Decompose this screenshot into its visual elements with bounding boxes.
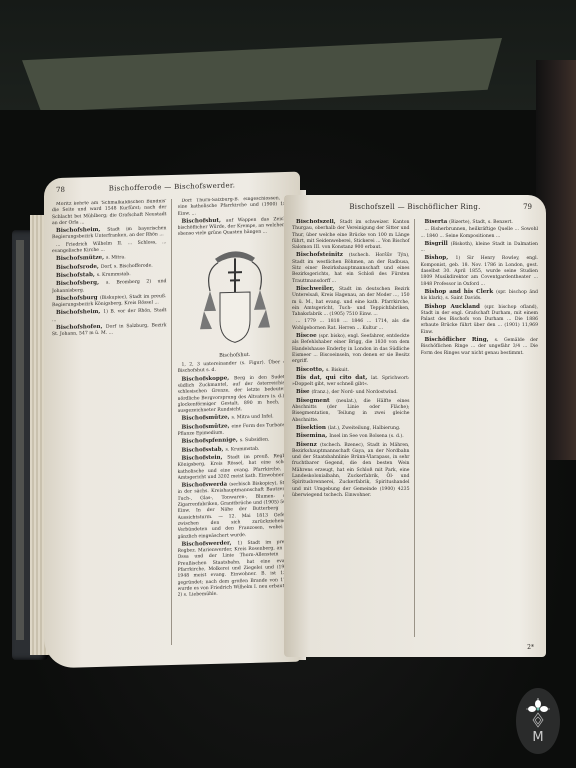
encyclopedia-entry: Bisgrill (Biskoth), kleine Stadt in Dalm… bbox=[421, 241, 539, 255]
entry-headword: Bischofstein, bbox=[182, 454, 228, 461]
encyclopedia-entry: Bisegment (neulat.), die Hälfte eines Ab… bbox=[292, 398, 410, 424]
entry-headword: Bischofsmütze, bbox=[56, 255, 106, 262]
encyclopedia-entry: Bischweiler, Stadt im deutschen Bezirk U… bbox=[292, 286, 410, 318]
encyclopedia-entry: Bischofswerder, 1) Stadt im preuß. Regbe… bbox=[178, 539, 293, 600]
entry-headword: Biscoe bbox=[296, 333, 319, 339]
encyclopedia-entry: Bishop, 1) Sir Henry Rowley, engl. Kompo… bbox=[421, 255, 539, 287]
encyclopedia-entry: Bischöflicher Ring, s. Gemälde der Bisch… bbox=[421, 337, 539, 357]
entry-headword: Bishop, bbox=[425, 255, 456, 261]
encyclopedia-entry: Bisemina, Insel im See von Bolsena (s. d… bbox=[292, 433, 410, 440]
entry-headword: Bischofsstab, bbox=[182, 446, 226, 453]
entry-headword: Bis dat, qui cito dat, bbox=[296, 375, 371, 381]
left-column-1: Moritz kehrte am 'Schmalkaldischen Bündn… bbox=[52, 199, 172, 648]
entry-headword: Bischofsteinitz bbox=[296, 252, 349, 258]
entry-headword: Bischofswerda bbox=[182, 482, 230, 489]
encyclopedia-entry: Bisenz (tschech. Bzenec), Stadt in Mähre… bbox=[292, 442, 410, 500]
entry-headword: Bischofsberg, bbox=[56, 280, 106, 287]
encyclopedia-entry: ... 1779 ... 1818 ... 1846 ... 1714, als… bbox=[292, 319, 410, 332]
column-text: Dorf Thurn-Salzburg-B. eingeschlossen, h… bbox=[178, 196, 293, 218]
entry-headword: Bischofspfennige, bbox=[182, 438, 240, 446]
entry-headword: Bischofshofen, bbox=[56, 324, 106, 331]
bishop-hat-crest-illustration bbox=[190, 239, 280, 351]
left-columns: Moritz kehrte am 'Schmalkaldischen Bündn… bbox=[52, 196, 292, 648]
right-running-head: Bischofszell — Bischöflicher Ring. bbox=[284, 203, 546, 211]
entry-headword: Bischofszell, bbox=[296, 219, 340, 225]
encyclopedia-entry: Bise (franz.), der Nord- und Nordostwind… bbox=[292, 389, 410, 396]
right-page-number: 79 bbox=[523, 203, 532, 211]
entry-headword: Bischofsburg bbox=[56, 295, 100, 302]
entry-headword: Bischofsmütze, bbox=[182, 415, 232, 422]
encyclopedia-entry: Bisektion (lat.), Zweiteilung, Halbierun… bbox=[292, 425, 410, 432]
entry-headword: Bischofsmütze, bbox=[182, 423, 232, 430]
encyclopedia-entry: ... Bisherbrunnen, heilkräftige Quelle .… bbox=[421, 227, 539, 240]
floral-diamond-monogram-icon: M bbox=[523, 695, 553, 747]
entry-headword: Bischweiler, bbox=[296, 286, 339, 292]
right-columns: Bischofszell, Stadt im schweizer. Kanton… bbox=[292, 219, 538, 637]
encyclopedia-entry: Bishop and his Clerk (spr. bischop änd h… bbox=[421, 289, 539, 303]
encyclopedia-entry: Bischofshofen, Dorf in Salzburg, Bezirk … bbox=[52, 322, 167, 339]
encyclopedia-entry: Bischofshut, auf Wappen das Zeichen bisc… bbox=[178, 216, 293, 239]
encyclopedia-entry: Moritz kehrte am 'Schmalkaldischen Bündn… bbox=[52, 199, 167, 227]
entry-headword: Bischofswerder, bbox=[182, 540, 238, 547]
entry-headword: Bisektion bbox=[296, 425, 328, 431]
entry-headword: Bisenz bbox=[296, 442, 320, 448]
left-page: 78 Bischofferode — Bischofswerder. Morit… bbox=[44, 172, 300, 669]
left-column-2: Dorf Thurn-Salzburg-B. eingeschlossen, h… bbox=[178, 196, 293, 645]
entry-headword: Biscotto, bbox=[296, 367, 326, 373]
entry-headword: Bischofstab, bbox=[56, 272, 97, 279]
encyclopedia-entry: Bischofstein, Stadt im preuß. Regbez. Kö… bbox=[178, 453, 293, 482]
entry-headword: Bisemina, bbox=[296, 433, 329, 439]
left-page-number: 78 bbox=[56, 186, 65, 194]
entry-headword: Biserta bbox=[425, 219, 450, 225]
illustration-caption: Bischofshut. bbox=[178, 351, 293, 360]
entry-headword: Bischofskoppe, bbox=[182, 375, 235, 382]
encyclopedia-entry: Biserta (Bizerte), Stadt, s. Benzert. bbox=[421, 219, 539, 226]
encyclopedia-entry: Biscotto, s. Biskuit. bbox=[292, 367, 410, 374]
encyclopedia-entry: Bishop Auckland (spr. bischop ofland), S… bbox=[421, 304, 539, 336]
entry-headword: Bisgrill bbox=[425, 241, 451, 247]
left-running-head: Bischofferode — Bischofswerder. bbox=[44, 180, 300, 195]
encyclopedia-entry: Bischofsteinitz (tschech. Horšův Týn), S… bbox=[292, 252, 410, 284]
signature-mark: 2* bbox=[527, 644, 534, 651]
entry-headword: Bischofshut, bbox=[182, 217, 226, 224]
entry-headword: Bise bbox=[296, 389, 312, 395]
encyclopedia-entry: Bischofskoppe, Berg in den Sudeten, südl… bbox=[178, 374, 293, 416]
encyclopedia-entry: Bis dat, qui cito dat, lat. Sprichwort: … bbox=[292, 375, 410, 389]
entry-headword: Bischofsheim, bbox=[56, 227, 107, 234]
encyclopedia-entry: Bischofswerda (serbisch Biskopicy), Stad… bbox=[178, 480, 293, 541]
watermark-badge: M bbox=[516, 688, 560, 754]
entry-headword: Bischofsrode, bbox=[56, 264, 101, 271]
entry-headword: Bisegment bbox=[296, 398, 336, 404]
right-column-2: Biserta (Bizerte), Stadt, s. Benzert....… bbox=[421, 219, 539, 637]
svg-text:M: M bbox=[532, 730, 543, 745]
right-column-1: Bischofszell, Stadt im schweizer. Kanton… bbox=[292, 219, 415, 637]
right-page: 79 Bischofszell — Bischöflicher Ring. Bi… bbox=[284, 195, 546, 657]
entry-headword: Bischofsheim, bbox=[56, 309, 103, 316]
encyclopedia-entry: Biscoe (spr. bisko), engl. Seefahrer, en… bbox=[292, 333, 410, 365]
entry-headword: Bishop Auckland bbox=[425, 304, 485, 310]
encyclopedia-entry: Bischofszell, Stadt im schweizer. Kanton… bbox=[292, 219, 410, 251]
entry-headword: Bischöflicher Ring, bbox=[425, 337, 495, 343]
entry-headword: Bishop and his Clerk bbox=[425, 289, 497, 295]
